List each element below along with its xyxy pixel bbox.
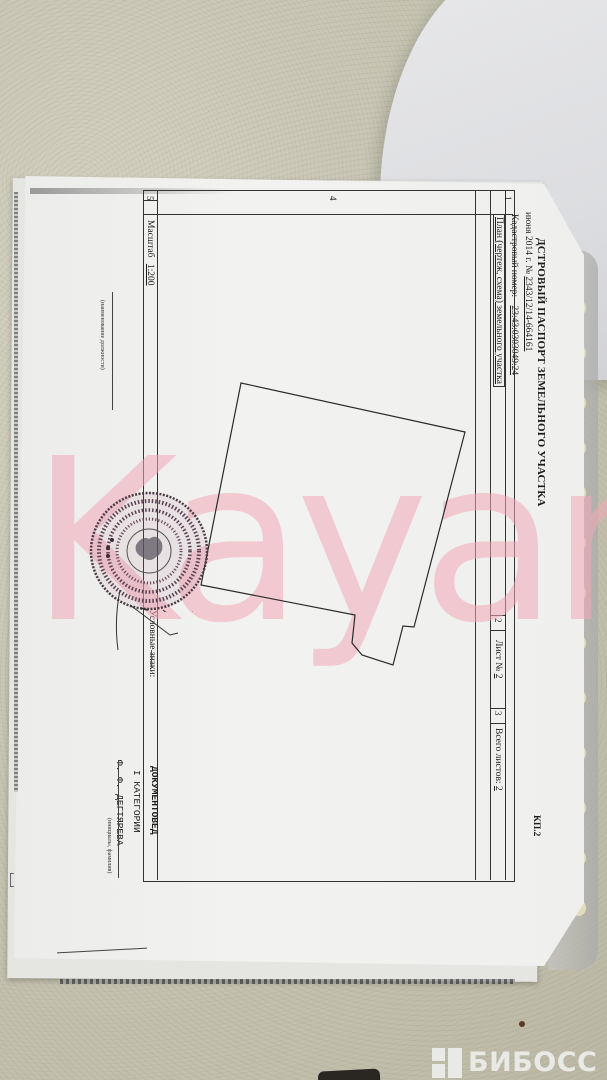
document-date: июня 2014 г. (523, 212, 533, 263)
position-signature-line (112, 292, 113, 410)
name-caption: (инициалы, фамилия) (106, 818, 112, 873)
sheet-number-field: Лист № 2 (493, 640, 503, 678)
bracket-mark (10, 873, 14, 887)
scale-label: Масштаб (145, 220, 155, 258)
total-sheets-value: 2 (493, 786, 503, 791)
signer-name: Ф. Ф. ДЕГТЯРЕВА (114, 760, 125, 846)
document-title: ДСТРОВЫЙ ПАСПОРТ ЗЕМЕЛЬНОГО УЧАСТКА (535, 238, 547, 507)
cell-3-index: 3 (493, 711, 503, 716)
plan-title: План (чертеж, схема) земельного участка (494, 214, 504, 387)
position-caption: (наименование должности) (99, 300, 105, 370)
document-number: 2343/12/14-664161 (523, 276, 533, 351)
signer-role-line2: I КАТЕГОРИИ (131, 770, 142, 833)
cell-separator (490, 708, 505, 709)
total-sheets-label: Всего листов: (493, 728, 503, 784)
cadastral-number-label: Кадастровый номер: (509, 214, 519, 297)
sheet-number-label: Лист № (493, 640, 503, 671)
dark-object-edge (318, 1068, 381, 1080)
surface-stain (519, 1021, 525, 1027)
document-date-line: июня 2014 г. № 2343/12/14-664161 (523, 212, 533, 351)
scale-field: Масштаб 1:200 (145, 220, 155, 286)
sheet-number-value: 2 (493, 674, 503, 679)
bibos-logo-icon (432, 1048, 462, 1078)
document-number-label: № (523, 265, 533, 274)
scale-value: 1:200 (145, 264, 155, 286)
decorative-border-bottom (60, 979, 515, 984)
round-seal-stamp-icon (88, 490, 210, 612)
cell-4-index: 4 (328, 196, 338, 201)
bibos-brand-logo: БИБОСС (432, 1047, 597, 1078)
cadastral-number-field: Кадастровый номер: 23:43:0303049:24 (509, 214, 519, 375)
legend-line (151, 650, 152, 668)
name-signature-line (118, 760, 119, 878)
cell-2-index: 2 (493, 618, 503, 623)
cell-1-index: 1 (503, 196, 513, 201)
frame-divider (505, 190, 506, 880)
cadastral-number-value: 23:43:0303049:24 (509, 305, 519, 375)
decorative-border-left (14, 192, 18, 792)
signer-role-line1: ДОКУМЕНТОВЕД (149, 766, 160, 834)
cell-5-index: 5 (145, 196, 155, 201)
total-sheets-field: Всего листов: 2 (493, 728, 503, 791)
cell-separator (490, 615, 505, 616)
legend-label: Условные знаки: (147, 610, 157, 677)
frame-divider (475, 190, 476, 880)
form-code: КП.2 (531, 815, 541, 836)
frame-divider (490, 190, 491, 880)
brand-name: БИБОСС (468, 1047, 597, 1078)
frame-row-separator (143, 214, 513, 215)
cell-separator (490, 630, 505, 631)
cell-separator (490, 723, 505, 724)
